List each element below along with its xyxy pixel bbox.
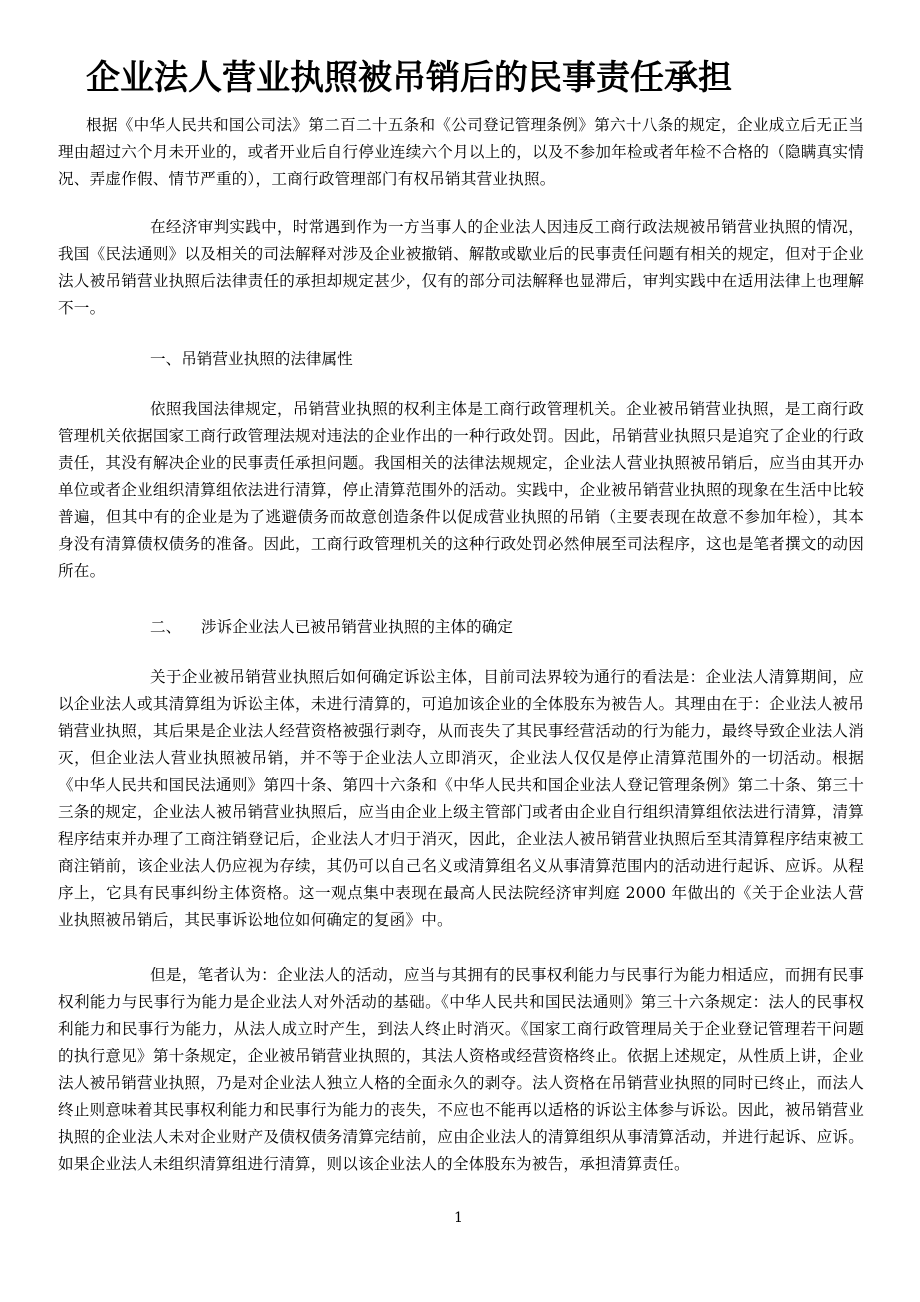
section-heading-2: 二、 涉诉企业法人已被吊销营业执照的主体的确定 xyxy=(150,614,513,641)
section-heading-1: 一、吊销营业执照的法律属性 xyxy=(150,346,353,373)
paragraph-section-2-author-opinion: 但是，笔者认为：企业法人的活动，应当与其拥有的民事权利能力与民事行为能力相适应，… xyxy=(58,962,864,1178)
paragraph-background: 在经济审判实践中，时常遇到作为一方当事人的企业法人因违反工商行政法规被吊销营业执… xyxy=(58,214,864,322)
paragraph-section-2-view: 关于企业被吊销营业执照后如何确定诉讼主体，目前司法界较为通行的看法是：企业法人清… xyxy=(58,664,864,934)
page-number: 1 xyxy=(454,1208,463,1228)
document-title: 企业法人营业执照被吊销后的民事责任承担 xyxy=(86,58,732,98)
paragraph-intro: 根据《中华人民共和国公司法》第二百二十五条和《公司登记管理条例》第六十八条的规定… xyxy=(58,112,864,193)
paragraph-section-1: 依照我国法律规定，吊销营业执照的权利主体是工商行政管理机关。企业被吊销营业执照，… xyxy=(58,396,864,585)
